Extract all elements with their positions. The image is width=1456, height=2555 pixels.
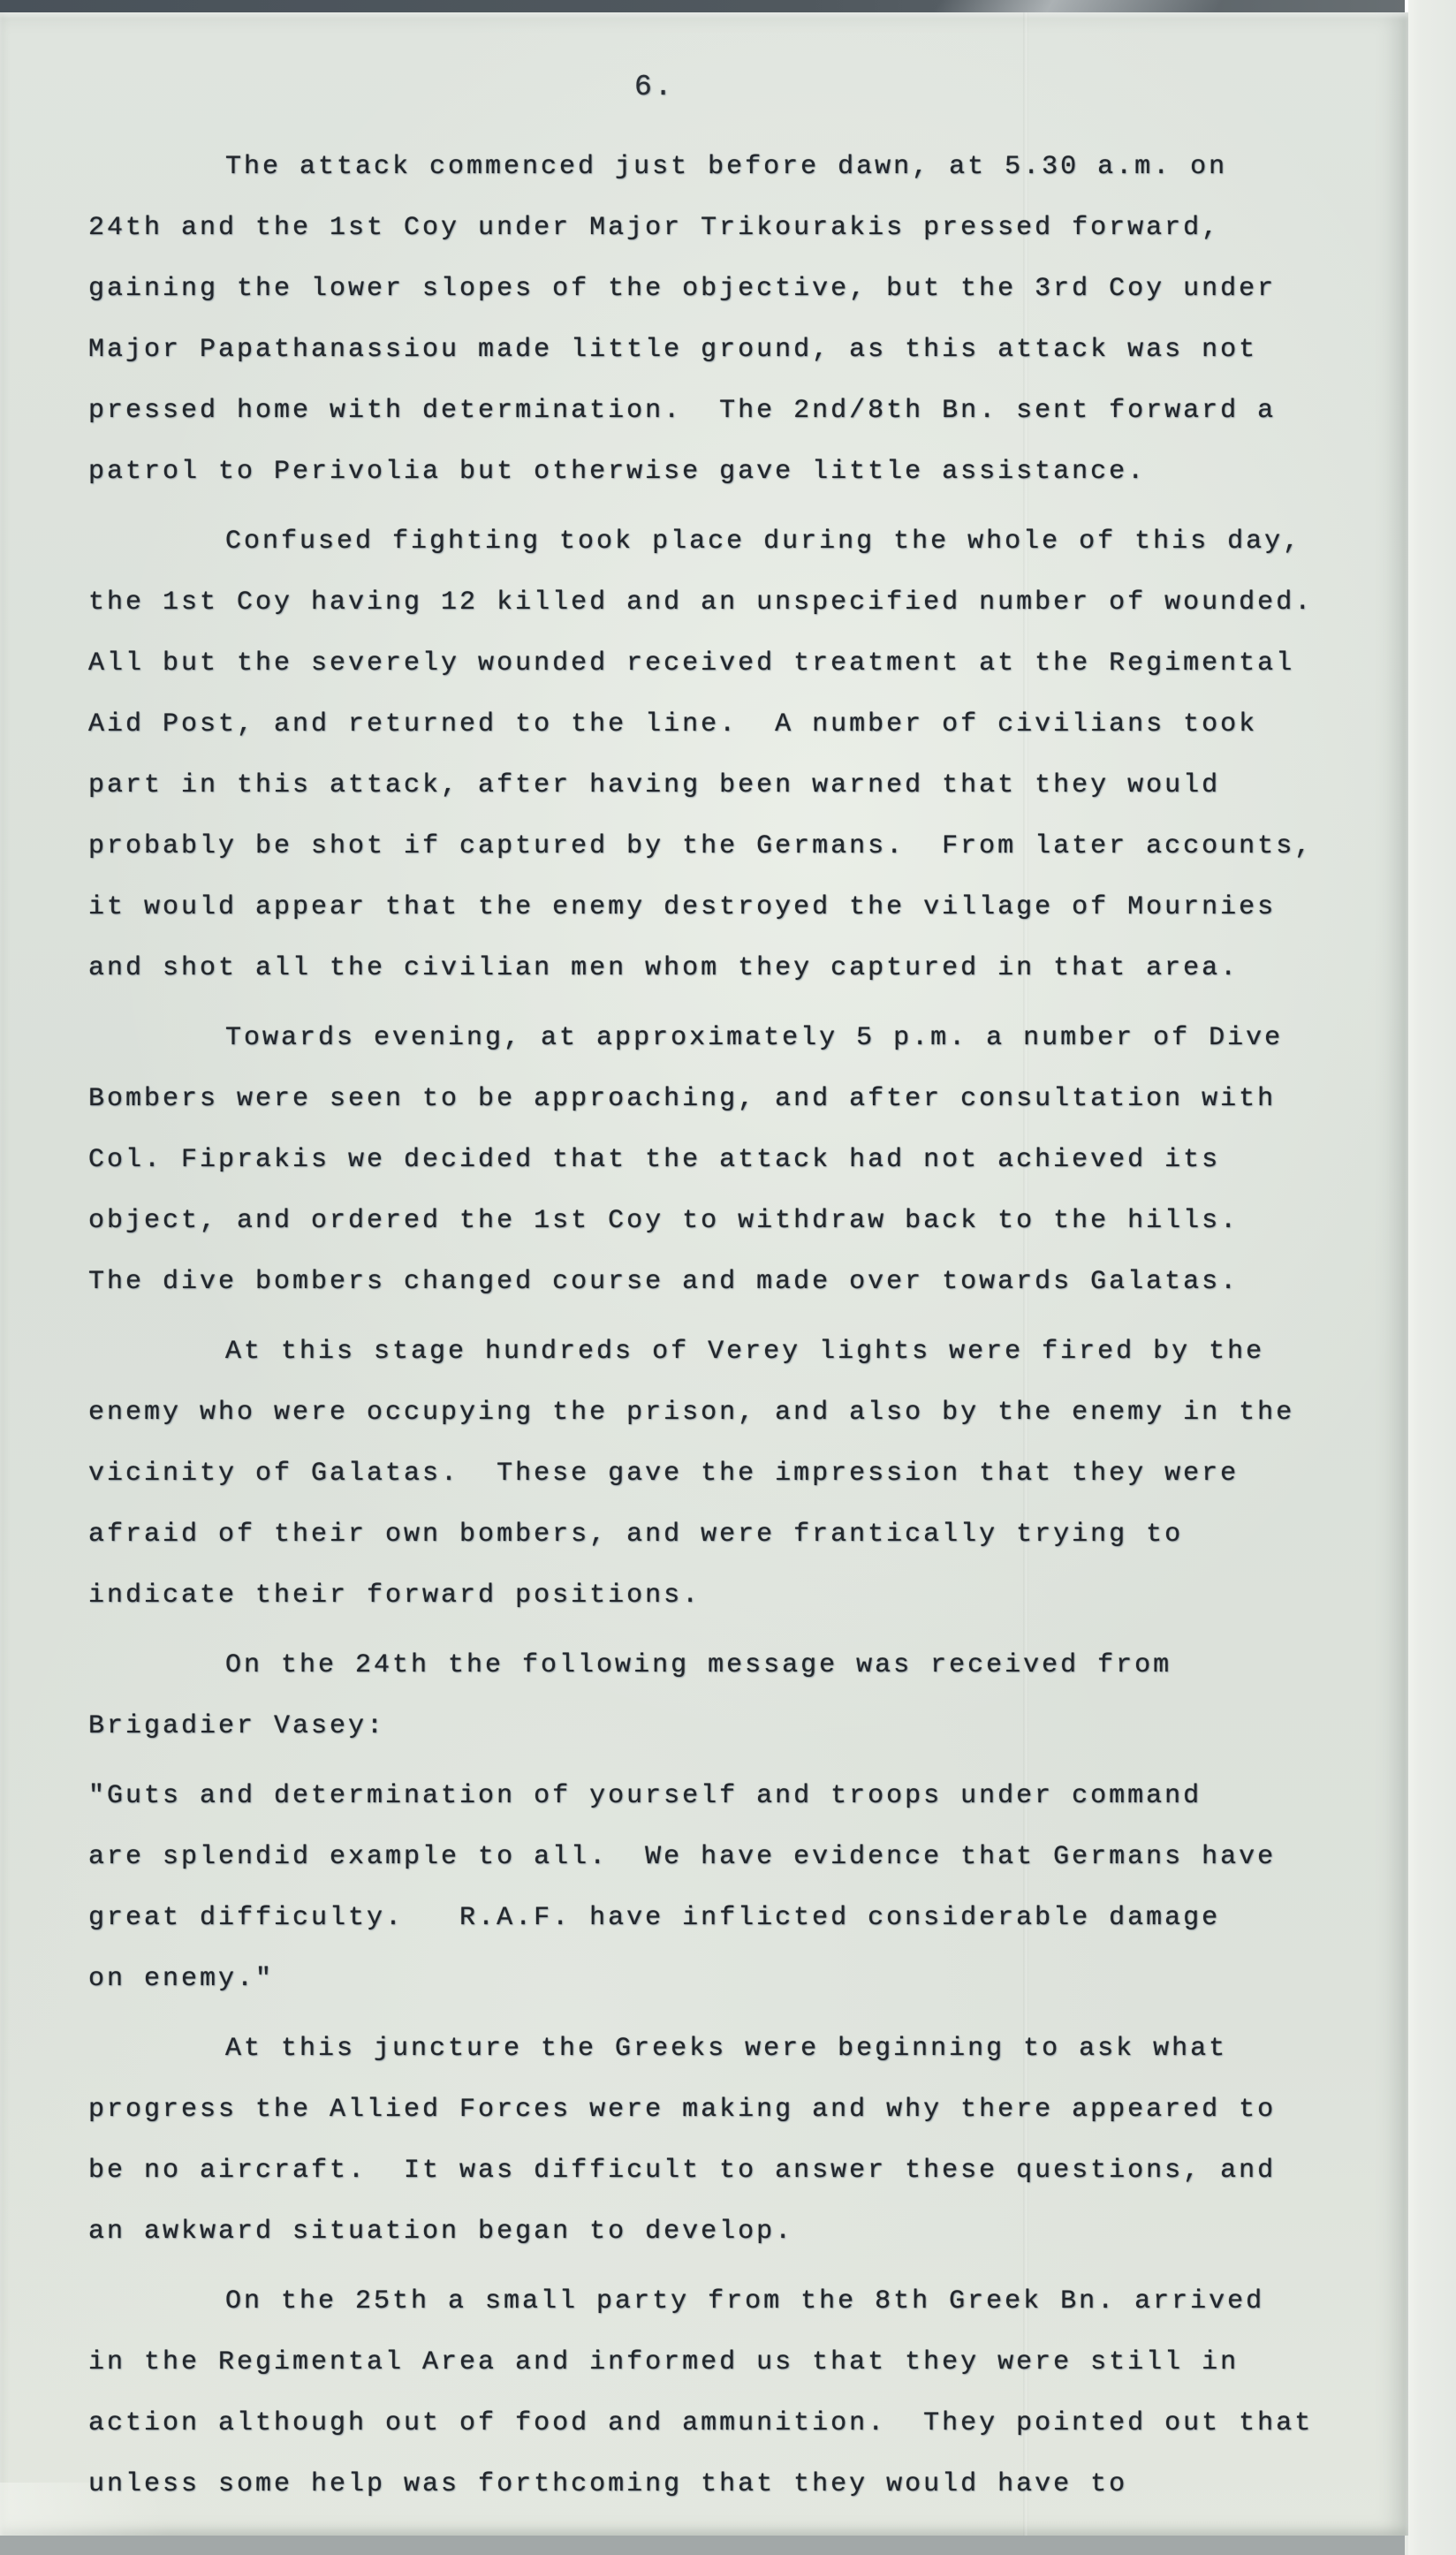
text-line: an awkward situation began to develop. (88, 2217, 1378, 2278)
text-line: part in this attack, after having been w… (88, 770, 1378, 831)
text-line: Col. Fiprakis we decided that the attack… (88, 1145, 1378, 1206)
text-line: indicate their forward positions. (88, 1581, 1378, 1641)
paragraph: Confused fighting took place during the … (88, 527, 1378, 1014)
text-line: probably be shot if captured by the Germ… (88, 831, 1378, 892)
page-number: 6. (634, 71, 675, 103)
text-line: patrol to Perivolia but otherwise gave l… (88, 457, 1378, 518)
paragraph: "Guts and determination of yourself and … (88, 1781, 1378, 2025)
text-line: On the 24th the following message was re… (88, 1650, 1378, 1711)
text-line: are splendid example to all. We have evi… (88, 1842, 1378, 1903)
text-line: At this stage hundreds of Verey lights w… (88, 1337, 1378, 1398)
text-line: The attack commenced just before dawn, a… (88, 152, 1378, 213)
text-line: vicinity of Galatas. These gave the impr… (88, 1459, 1378, 1520)
text-line: Aid Post, and returned to the line. A nu… (88, 709, 1378, 770)
text-line: action although out of food and ammuniti… (88, 2408, 1378, 2469)
text-line: On the 25th a small party from the 8th G… (88, 2286, 1378, 2347)
text-line: 24th and the 1st Coy under Major Trikour… (88, 213, 1378, 274)
text-line: Bombers were seen to be approaching, and… (88, 1084, 1378, 1145)
document-page: 6. The attack commenced just before dawn… (0, 12, 1408, 2536)
text-line: great difficulty. R.A.F. have inflicted … (88, 1903, 1378, 1964)
text-line: At this juncture the Greeks were beginni… (88, 2034, 1378, 2095)
text-line: and shot all the civilian men whom they … (88, 953, 1378, 1014)
paragraph: The attack commenced just before dawn, a… (88, 152, 1378, 518)
paragraph: At this stage hundreds of Verey lights w… (88, 1337, 1378, 1641)
sleeve-glare (933, 0, 1224, 13)
text-line: pressed home with determination. The 2nd… (88, 396, 1378, 457)
text-line: in the Regimental Area and informed us t… (88, 2347, 1378, 2408)
text-line: progress the Allied Forces were making a… (88, 2095, 1378, 2156)
paragraph: At this juncture the Greeks were beginni… (88, 2034, 1378, 2278)
text-line: Major Papathanassiou made little ground,… (88, 335, 1378, 396)
paragraph: On the 24th the following message was re… (88, 1650, 1378, 1772)
text-line: the 1st Coy having 12 killed and an unsp… (88, 588, 1378, 648)
text-line: object, and ordered the 1st Coy to withd… (88, 1206, 1378, 1267)
text-line: Towards evening, at approximately 5 p.m.… (88, 1023, 1378, 1084)
text-line: afraid of their own bombers, and were fr… (88, 1520, 1378, 1581)
text-line: unless some help was forthcoming that th… (88, 2469, 1378, 2530)
typewritten-text: The attack commenced just before dawn, a… (88, 152, 1378, 2530)
backing-sheet-edge (1405, 0, 1456, 2555)
text-line: enemy who were occupying the prison, and… (88, 1398, 1378, 1459)
text-line: it would appear that the enemy destroyed… (88, 892, 1378, 953)
text-line: on enemy." (88, 1964, 1378, 2025)
text-line: gaining the lower slopes of the objectiv… (88, 274, 1378, 335)
text-line: "Guts and determination of yourself and … (88, 1781, 1378, 1842)
text-line: be no aircraft. It was difficult to answ… (88, 2156, 1378, 2217)
text-line: The dive bombers changed course and made… (88, 1267, 1378, 1328)
text-line: All but the severely wounded received tr… (88, 648, 1378, 709)
paragraph: Towards evening, at approximately 5 p.m.… (88, 1023, 1378, 1328)
paragraph: On the 25th a small party from the 8th G… (88, 2286, 1378, 2530)
text-line: Brigadier Vasey: (88, 1711, 1378, 1772)
text-line: Confused fighting took place during the … (88, 527, 1378, 588)
